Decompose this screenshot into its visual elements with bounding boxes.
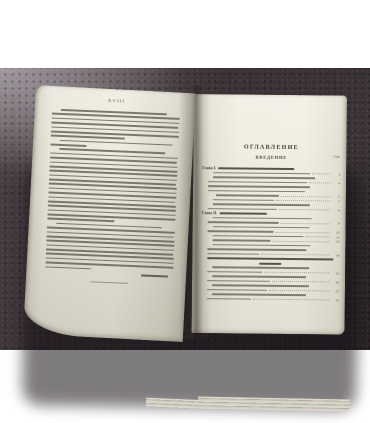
paragraph (47, 148, 178, 225)
toc-row: 15 (201, 271, 339, 274)
book-photo: XVIII ОГЛАВЛЕНИЕ ВВЕДЕНИЕ Стр. Глава I.3… (0, 0, 370, 423)
page-stack-edge-right (198, 397, 350, 412)
toc-row (201, 275, 339, 278)
toc-row: 11 (202, 235, 340, 238)
dot-leader (306, 236, 330, 237)
toc-row (201, 262, 339, 265)
toc-row (201, 248, 339, 251)
toc-row (202, 176, 340, 179)
left-page: XVIII (23, 85, 196, 342)
right-page: ОГЛАВЛЕНИЕ ВВЕДЕНИЕ Стр. Глава I.34579Гл… (191, 94, 346, 335)
toc-title: ОГЛАВЛЕНИЕ (202, 144, 340, 151)
dot-leader (312, 173, 330, 174)
toc-entry-text (212, 244, 310, 247)
toc-row: 17 (201, 289, 339, 292)
toc-entry-text (212, 275, 306, 278)
chapter-label: Глава I. (202, 167, 216, 169)
toc-row: 19 (201, 298, 339, 301)
chapter-label: Глава II. (202, 212, 218, 214)
toc-entry-text (213, 176, 315, 179)
toc-entry-text (208, 185, 310, 188)
toc-entry-text (213, 226, 310, 229)
toc-page-number: 7 (332, 200, 340, 202)
toc-entry-text (212, 293, 306, 296)
toc-row: 14 (201, 253, 339, 256)
table-of-contents: ОГЛАВЛЕНИЕ ВВЕДЕНИЕ Стр. Глава I.34579Гл… (201, 144, 341, 303)
toc-row (202, 226, 340, 229)
dot-leader (275, 231, 329, 233)
dot-leader (281, 195, 330, 197)
toc-page-number: 10 (332, 231, 340, 233)
paragraph (45, 222, 175, 273)
toc-row (201, 284, 339, 287)
dot-leader (253, 299, 329, 301)
toc-row (201, 266, 339, 269)
dot-leader (309, 182, 330, 183)
toc-page-number: 11 (332, 236, 340, 238)
toc-page-number: 5 (332, 195, 340, 197)
dot-leader (314, 218, 330, 219)
toc-entry-text (213, 203, 310, 206)
dot-leader (278, 209, 329, 211)
toc-entry-text (207, 208, 276, 210)
toc-row: 7 (202, 199, 340, 202)
toc-page-number: 15 (331, 272, 339, 274)
dot-leader (308, 277, 329, 278)
dot-leader (312, 245, 329, 246)
dot-leader (312, 187, 330, 188)
toc-entry-text (259, 262, 281, 264)
toc-entry-text (207, 221, 279, 223)
toc-row: 16 (201, 280, 339, 283)
toc-subtitle-row: ВВЕДЕНИЕ Стр. (202, 154, 340, 161)
toc-row (201, 293, 339, 296)
toc-entry-text (207, 257, 334, 260)
toc-entry-text (207, 248, 306, 251)
toc-entry-text (213, 199, 274, 201)
toc-rows: Глава I.34579Глава II.91011121415161719 (201, 167, 340, 301)
toc-row (202, 190, 340, 193)
toc-row (202, 203, 340, 206)
toc-row: 9 (202, 221, 340, 224)
toc-entry-text (219, 212, 266, 214)
left-page-text: XVIII (45, 97, 181, 286)
dot-leader (272, 240, 329, 242)
dot-leader (261, 254, 329, 256)
toc-page-number: 12 (331, 240, 339, 242)
toc-row: 3 (202, 172, 340, 175)
dot-leader (311, 227, 329, 228)
toc-row: 5 (202, 194, 340, 197)
toc-entry-text (213, 172, 310, 175)
toc-row: 9 (202, 208, 340, 211)
toc-page-number: 16 (331, 281, 339, 283)
toc-entry-text (207, 253, 259, 255)
dot-leader (269, 290, 329, 292)
toc-entry-text (218, 167, 294, 170)
section-end-rule (90, 281, 127, 283)
toc-entry-text (207, 190, 305, 193)
dot-leader (311, 205, 329, 206)
toc-entry-text (208, 181, 307, 184)
dot-leader (308, 295, 329, 296)
toc-row (202, 217, 340, 220)
toc-row: Глава II. (202, 212, 340, 215)
toc-entry-text (213, 217, 312, 220)
toc-section-vvedenie: ВВЕДЕНИЕ (202, 154, 340, 160)
toc-entry-text (207, 271, 262, 273)
left-page-paragraphs (45, 109, 180, 273)
toc-page-number: 9 (332, 209, 340, 211)
dot-leader (264, 272, 329, 274)
dot-leader (311, 286, 329, 287)
toc-entry-text (206, 289, 267, 291)
toc-page-number: 14 (331, 254, 339, 256)
toc-page-number: 4 (332, 182, 340, 184)
toc-entry-text (212, 266, 309, 269)
toc-entry-text (206, 298, 250, 300)
toc-row (201, 257, 339, 260)
dot-leader (311, 268, 329, 269)
toc-row: 10 (202, 230, 340, 233)
dot-leader (272, 281, 329, 283)
toc-entry-text (212, 239, 270, 241)
page-header-roman: XVIII (52, 97, 180, 107)
toc-row (202, 185, 340, 188)
toc-entry-text (207, 230, 273, 232)
toc-page-number: 17 (331, 290, 339, 292)
author-signature (141, 274, 168, 277)
text-line (47, 218, 114, 222)
text-line (50, 144, 86, 147)
dot-leader (317, 178, 330, 179)
toc-row: Глава I. (202, 167, 340, 170)
toc-row: 12 (201, 239, 339, 242)
toc-entry-text (207, 280, 270, 282)
page-column-header: Стр. (333, 154, 341, 158)
toc-page-number: 9 (332, 222, 340, 224)
dot-leader (308, 250, 329, 251)
dot-leader (296, 169, 330, 170)
paragraph (51, 109, 180, 142)
dot-leader (268, 213, 329, 215)
toc-row: 4 (202, 181, 340, 184)
toc-entry-text (216, 194, 279, 196)
dot-leader (276, 200, 330, 202)
text-line (45, 266, 91, 270)
toc-entry-text (213, 235, 304, 238)
toc-page-number: 3 (332, 173, 340, 175)
toc-row (201, 244, 339, 247)
toc-page-number: 19 (331, 299, 339, 301)
toc-entry-text (212, 284, 309, 287)
dot-leader (281, 222, 330, 224)
dot-leader (307, 191, 330, 192)
